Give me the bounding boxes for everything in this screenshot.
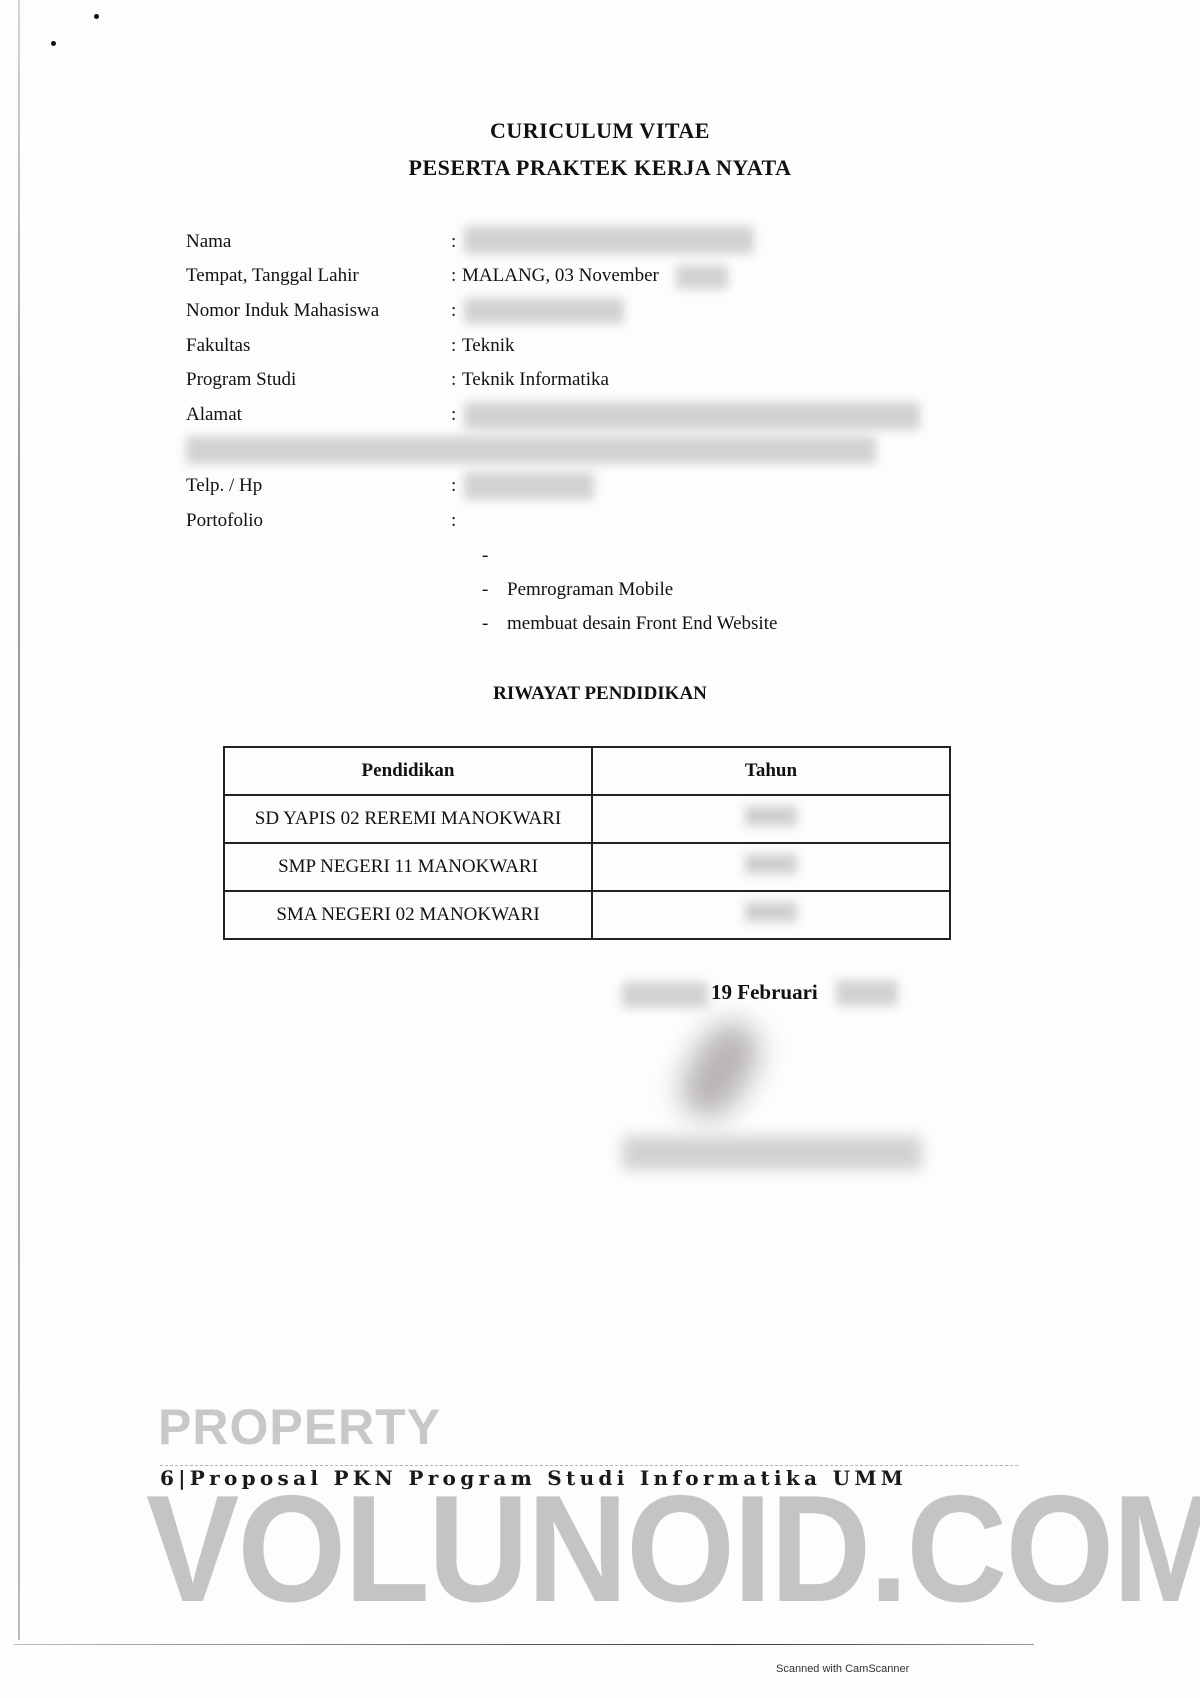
school-name: SMP NEGERI 11 MANOKWARI <box>224 843 592 891</box>
redacted-phone <box>464 472 594 500</box>
header-year: Tahun <box>592 747 950 795</box>
field-colon: : <box>451 510 456 532</box>
table-row: SMP NEGERI 11 MANOKWARI <box>224 843 950 891</box>
document-subtitle: PESERTA PRAKTEK KERJA NYATA <box>0 155 1200 181</box>
field-colon: : <box>451 231 456 253</box>
field-label-nama: Nama <box>186 231 231 253</box>
field-colon: : <box>451 404 456 426</box>
field-colon: : <box>451 265 456 287</box>
redacted-birth-year <box>676 265 728 289</box>
field-label-program: Program Studi <box>186 369 296 391</box>
signature-date: 19 Februari <box>711 980 818 1005</box>
field-label-faculty: Fakultas <box>186 335 250 357</box>
table-row: SD YAPIS 02 REREMI MANOKWARI <box>224 795 950 843</box>
scanner-label: Scanned with CamScanner <box>776 1663 909 1675</box>
school-name: SMA NEGERI 02 MANOKWARI <box>224 891 592 939</box>
field-value-birth: MALANG, 03 November <box>462 265 659 287</box>
field-label-address: Alamat <box>186 404 242 426</box>
year-cell <box>592 795 950 843</box>
portfolio-item: Pemrograman Mobile <box>507 579 673 601</box>
redacted-signature <box>669 1012 771 1129</box>
table-row: SMA NEGERI 02 MANOKWARI <box>224 891 950 939</box>
year-cell <box>592 843 950 891</box>
header-education: Pendidikan <box>224 747 592 795</box>
page-bottom-edge <box>14 1644 1034 1645</box>
redacted-signer-name <box>622 1136 922 1170</box>
redacted-name <box>464 226 754 254</box>
redacted-address-line1 <box>464 402 920 430</box>
field-colon: : <box>451 300 456 322</box>
field-label-phone: Telp. / Hp <box>186 475 262 497</box>
field-label-portfolio: Portofolio <box>186 510 263 532</box>
ink-speck <box>94 14 99 19</box>
redacted-nim <box>464 298 624 324</box>
page-footer: 6|Proposal PKN Program Studi Informatika… <box>160 1466 907 1490</box>
field-colon: : <box>451 369 456 391</box>
year-cell <box>592 891 950 939</box>
document-title: CURICULUM VITAE <box>0 118 1200 144</box>
education-section-title: RIWAYAT PENDIDIKAN <box>0 683 1200 705</box>
page-edge-shadow <box>18 0 20 1640</box>
field-label-birth: Tempat, Tanggal Lahir <box>186 265 359 287</box>
field-label-nim: Nomor Induk Mahasiswa <box>186 300 379 322</box>
redacted-year <box>745 806 797 826</box>
portfolio-bullet: - <box>482 545 488 567</box>
school-name: SD YAPIS 02 REREMI MANOKWARI <box>224 795 592 843</box>
portfolio-bullet: - <box>482 613 488 635</box>
ink-speck <box>51 41 56 46</box>
watermark-property: PROPERTY <box>158 1398 441 1456</box>
field-colon: : <box>451 335 456 357</box>
field-colon: : <box>451 475 456 497</box>
redacted-city <box>622 982 708 1008</box>
redacted-year <box>745 854 797 874</box>
redacted-address-line2 <box>186 436 876 464</box>
redacted-date-year <box>836 980 898 1006</box>
redacted-year <box>745 902 797 922</box>
field-value-faculty: Teknik <box>462 335 515 357</box>
portfolio-bullet: - <box>482 579 488 601</box>
field-value-program: Teknik Informatika <box>462 369 609 391</box>
watermark-volunoid: VOLUNOID.COM <box>146 1466 1200 1633</box>
education-table: Pendidikan Tahun SD YAPIS 02 REREMI MANO… <box>223 746 951 940</box>
table-header-row: Pendidikan Tahun <box>224 747 950 795</box>
portfolio-item: membuat desain Front End Website <box>507 613 777 635</box>
